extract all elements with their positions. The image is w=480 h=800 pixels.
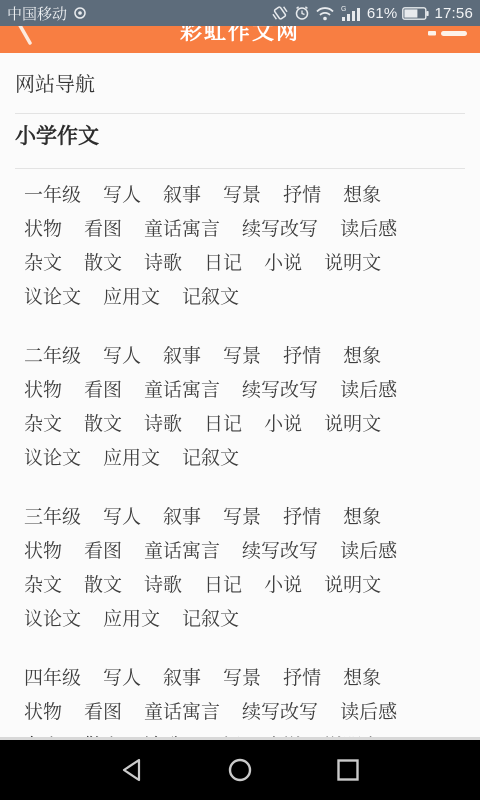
android-nav-bar: [0, 740, 480, 800]
category-link[interactable]: 想象: [343, 179, 381, 213]
category-link-row: 状物看图童话寓言续写改写读后感: [24, 696, 465, 730]
category-link[interactable]: 杂文: [24, 408, 62, 442]
wifi-icon: [315, 6, 335, 21]
category-link[interactable]: 续写改写: [242, 696, 318, 730]
category-link[interactable]: 看图: [84, 374, 122, 408]
home-circle-icon: [227, 756, 253, 784]
svg-text:G: G: [341, 6, 346, 13]
category-link[interactable]: 说明文: [324, 247, 381, 281]
category-link[interactable]: 读后感: [340, 213, 397, 247]
category-link[interactable]: 写景: [223, 179, 261, 213]
category-link[interactable]: 童话寓言: [144, 374, 220, 408]
category-link[interactable]: 应用文: [103, 603, 160, 637]
category-link[interactable]: 看图: [84, 696, 122, 730]
app-bar: 彩虹作文网: [0, 26, 480, 53]
category-link-row: 一年级写人叙事写景抒情想象: [24, 179, 465, 213]
category-link[interactable]: 议论文: [24, 603, 81, 637]
category-link[interactable]: 写人: [103, 179, 141, 213]
category-link[interactable]: 读后感: [340, 535, 397, 569]
category-link-row: 议论文应用文记叙文: [24, 603, 465, 637]
category-link[interactable]: 记叙文: [182, 281, 239, 315]
category-link[interactable]: 日记: [204, 730, 242, 737]
category-link[interactable]: 四年级: [24, 662, 81, 696]
category-link[interactable]: 小说: [264, 730, 302, 737]
category-link[interactable]: 状物: [24, 213, 62, 247]
grade-group: 三年级写人叙事写景抒情想象状物看图童话寓言续写改写读后感杂文散文诗歌日记小说说明…: [15, 501, 465, 637]
category-link[interactable]: 叙事: [163, 501, 201, 535]
category-link[interactable]: 续写改写: [242, 213, 318, 247]
category-link[interactable]: 写人: [103, 501, 141, 535]
category-link[interactable]: 议论文: [24, 442, 81, 476]
category-link-row: 状物看图童话寓言续写改写读后感: [24, 535, 465, 569]
carrier-label: 中国移动: [7, 3, 67, 24]
category-link[interactable]: 散文: [84, 569, 122, 603]
app-title: 彩虹作文网: [0, 26, 480, 45]
back-triangle-icon: [119, 756, 145, 784]
category-link[interactable]: 童话寓言: [144, 213, 220, 247]
category-link[interactable]: 散文: [84, 408, 122, 442]
category-link[interactable]: 续写改写: [242, 535, 318, 569]
category-link[interactable]: 抒情: [283, 340, 321, 374]
category-link[interactable]: 诗歌: [144, 408, 182, 442]
category-link-row: 二年级写人叙事写景抒情想象: [24, 340, 465, 374]
category-link[interactable]: 叙事: [163, 179, 201, 213]
category-link[interactable]: 说明文: [324, 408, 381, 442]
category-link-row: 议论文应用文记叙文: [24, 442, 465, 476]
clock-label: 17:56: [434, 5, 473, 22]
category-link[interactable]: 状物: [24, 696, 62, 730]
category-link[interactable]: 写人: [103, 340, 141, 374]
category-link-row: 杂文散文诗歌日记小说说明文: [24, 408, 465, 442]
battery-icon: [402, 7, 429, 20]
category-link[interactable]: 小说: [264, 247, 302, 281]
category-link[interactable]: 一年级: [24, 179, 81, 213]
category-link[interactable]: 杂文: [24, 730, 62, 737]
category-link[interactable]: 童话寓言: [144, 696, 220, 730]
category-link-row: 议论文应用文记叙文: [24, 281, 465, 315]
category-link[interactable]: 看图: [84, 535, 122, 569]
category-link[interactable]: 小说: [264, 569, 302, 603]
phone-screen: 中国移动: [0, 0, 480, 800]
category-link[interactable]: 看图: [84, 213, 122, 247]
category-link[interactable]: 散文: [84, 247, 122, 281]
category-link[interactable]: 二年级: [24, 340, 81, 374]
page-title: 网站导航: [15, 73, 465, 97]
category-link[interactable]: 记叙文: [182, 442, 239, 476]
list-menu-icon: [424, 26, 470, 53]
category-link[interactable]: 杂文: [24, 247, 62, 281]
category-link[interactable]: 议论文: [24, 281, 81, 315]
page-content[interactable]: 网站导航 小学作文 一年级写人叙事写景抒情想象状物看图童话寓言续写改写读后感杂文…: [0, 53, 480, 737]
recents-nav-button[interactable]: [335, 756, 361, 784]
vibrate-icon: [271, 5, 289, 21]
category-link[interactable]: 日记: [204, 247, 242, 281]
category-link[interactable]: 写景: [223, 340, 261, 374]
menu-button[interactable]: [424, 26, 470, 53]
category-link[interactable]: 散文: [84, 730, 122, 737]
category-link[interactable]: 应用文: [103, 442, 160, 476]
category-link[interactable]: 诗歌: [144, 247, 182, 281]
grade-group: 四年级写人叙事写景抒情想象状物看图童话寓言续写改写读后感杂文散文诗歌日记小说说明…: [15, 662, 465, 737]
divider: [15, 113, 465, 114]
category-link[interactable]: 写景: [223, 662, 261, 696]
category-link[interactable]: 说明文: [324, 569, 381, 603]
signal-strength-icon: G: [340, 5, 362, 22]
section-title: 小学作文: [15, 124, 465, 150]
category-link[interactable]: 写人: [103, 662, 141, 696]
category-link[interactable]: 小说: [264, 408, 302, 442]
category-link[interactable]: 状物: [24, 374, 62, 408]
circled-dot-icon: [73, 6, 87, 20]
grade-groups: 一年级写人叙事写景抒情想象状物看图童话寓言续写改写读后感杂文散文诗歌日记小说说明…: [15, 179, 465, 737]
grade-group: 一年级写人叙事写景抒情想象状物看图童话寓言续写改写读后感杂文散文诗歌日记小说说明…: [15, 179, 465, 315]
category-link[interactable]: 写景: [223, 501, 261, 535]
category-link[interactable]: 状物: [24, 535, 62, 569]
back-nav-button[interactable]: [119, 756, 145, 784]
category-link-row: 杂文散文诗歌日记小说说明文: [24, 730, 465, 737]
category-link[interactable]: 应用文: [103, 281, 160, 315]
category-link[interactable]: 叙事: [163, 340, 201, 374]
divider: [15, 168, 465, 169]
category-link-row: 状物看图童话寓言续写改写读后感: [24, 374, 465, 408]
category-link[interactable]: 抒情: [283, 662, 321, 696]
category-link[interactable]: 读后感: [340, 374, 397, 408]
alarm-clock-icon: [294, 5, 310, 21]
category-link[interactable]: 记叙文: [182, 603, 239, 637]
category-link[interactable]: 想象: [343, 662, 381, 696]
category-link[interactable]: 想象: [343, 501, 381, 535]
category-link-row: 三年级写人叙事写景抒情想象: [24, 501, 465, 535]
grade-group: 二年级写人叙事写景抒情想象状物看图童话寓言续写改写读后感杂文散文诗歌日记小说说明…: [15, 340, 465, 476]
category-link[interactable]: 说明文: [324, 730, 381, 737]
category-link-row: 杂文散文诗歌日记小说说明文: [24, 247, 465, 281]
category-link[interactable]: 抒情: [283, 501, 321, 535]
recents-square-icon: [335, 756, 361, 784]
category-link[interactable]: 叙事: [163, 662, 201, 696]
category-link-row: 杂文散文诗歌日记小说说明文: [24, 569, 465, 603]
category-link[interactable]: 日记: [204, 408, 242, 442]
category-link[interactable]: 日记: [204, 569, 242, 603]
home-nav-button[interactable]: [227, 756, 253, 784]
category-link[interactable]: 读后感: [340, 696, 397, 730]
category-link[interactable]: 杂文: [24, 569, 62, 603]
category-link[interactable]: 诗歌: [144, 569, 182, 603]
category-link[interactable]: 想象: [343, 340, 381, 374]
category-link[interactable]: 三年级: [24, 501, 81, 535]
category-link[interactable]: 诗歌: [144, 730, 182, 737]
status-bar: 中国移动: [0, 0, 480, 26]
battery-percent-label: 61%: [367, 5, 398, 22]
category-link[interactable]: 续写改写: [242, 374, 318, 408]
category-link-row: 四年级写人叙事写景抒情想象: [24, 662, 465, 696]
category-link[interactable]: 抒情: [283, 179, 321, 213]
category-link[interactable]: 童话寓言: [144, 535, 220, 569]
category-link-row: 状物看图童话寓言续写改写读后感: [24, 213, 465, 247]
